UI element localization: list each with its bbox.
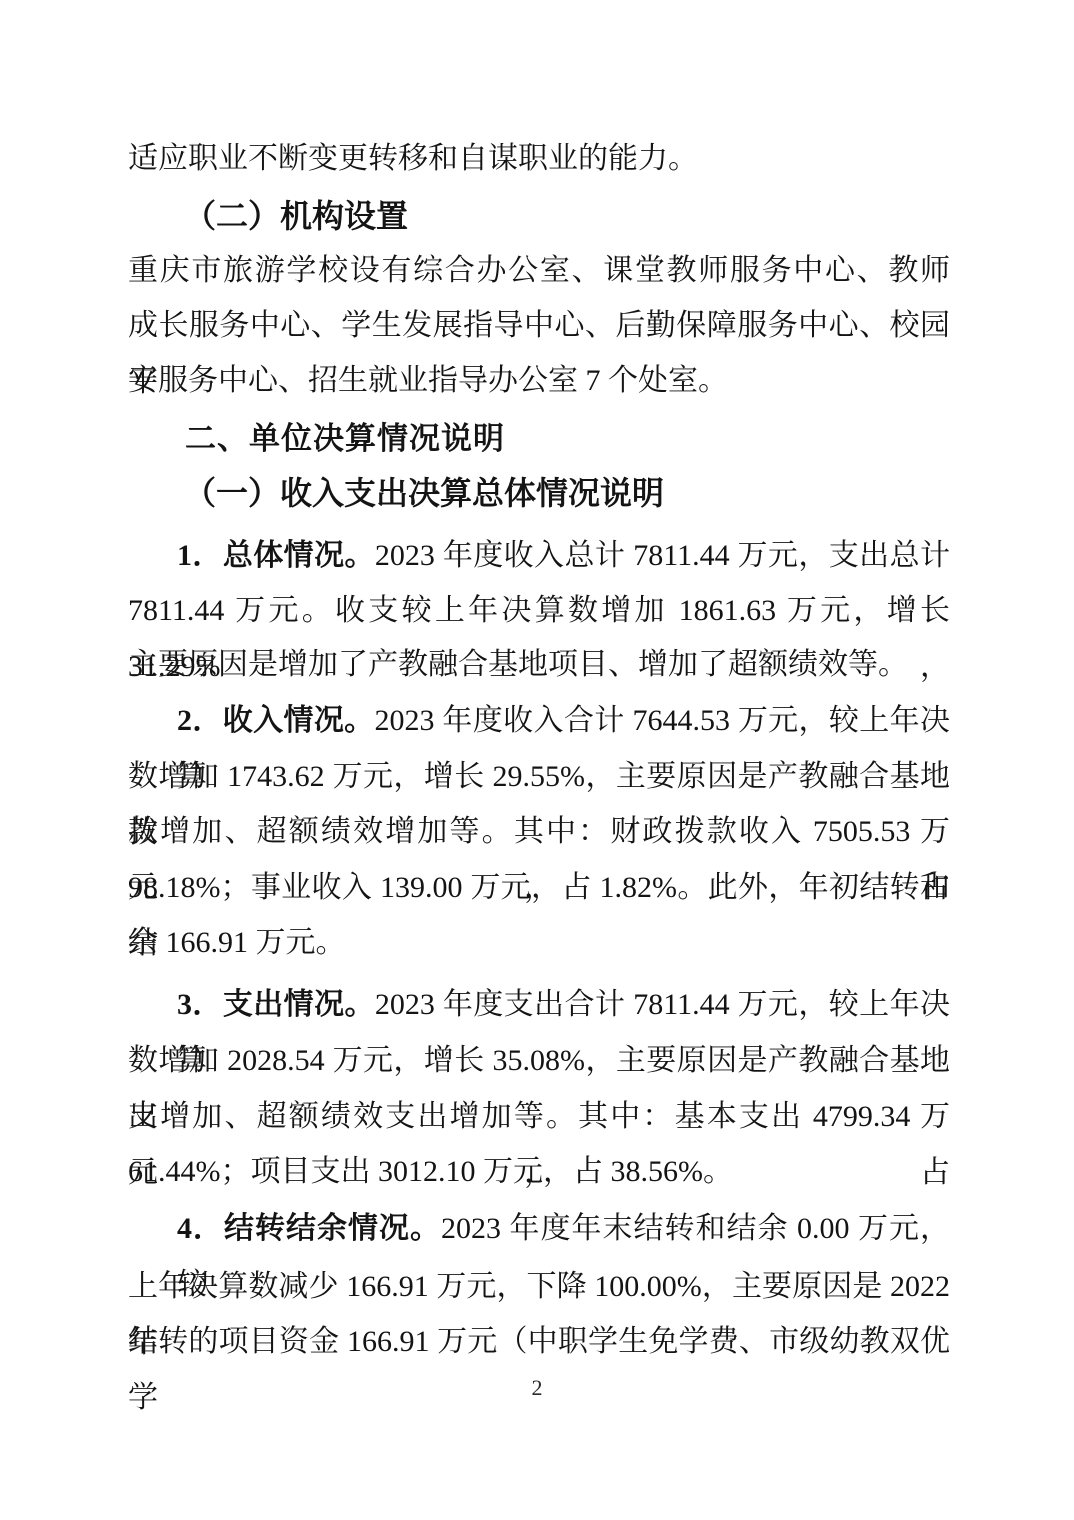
body-line: 成长服务中心、学生发展指导中心、后勤保障服务中心、校园平 — [128, 298, 950, 354]
body-line: 98.18%；事业收入 139.00 万元，占 1.82%。此外，年初结转和结 — [128, 860, 950, 916]
heading-final-accounts-section: 二、单位决算情况说明 — [185, 411, 950, 467]
paragraph-text: 2023 年度收入总计 7811.44 万元，支出总计 — [375, 539, 950, 572]
body-line: 重庆市旅游学校设有综合办公室、课堂教师服务中心、教师 — [128, 243, 950, 299]
body-line: 结转的项目资金 166.91 万元（中职学生免学费、市级幼教双优学 — [128, 1314, 950, 1370]
body-line-paragraph-start: 4．结转结余情况。2023 年度年末结转和结余 0.00 万元，较 — [177, 1201, 950, 1257]
body-line: 数增加 2028.54 万元，增长 35.08%，主要原因是产教融合基地支 — [128, 1033, 950, 1089]
body-line: 上年决算数减少 166.91 万元，下降 100.00%，主要原因是 2022 … — [128, 1259, 950, 1315]
paragraph-lead: 2．收入情况。 — [177, 704, 375, 737]
body-line: 出增加、超额绩效支出增加等。其中：基本支出 4799.34 万元，占 — [128, 1089, 950, 1145]
body-line: 安服务中心、招生就业指导办公室 7 个处室。 — [128, 353, 950, 409]
page-number: 2 — [0, 1372, 1074, 1404]
body-line: 款增加、超额绩效增加等。其中：财政拨款收入 7505.53 万元，占 — [128, 804, 950, 860]
document-page: 适应职业不断变更转移和自谋职业的能力。 （二）机构设置 重庆市旅游学校设有综合办… — [0, 0, 1074, 1520]
heading-org-setup: （二）机构设置 — [184, 188, 950, 244]
body-line: 61.44%；项目支出 3012.10 万元，占 38.56%。 — [128, 1144, 950, 1200]
body-line: 7811.44 万元。收支较上年决算数增加 1861.63 万元，增长 31.2… — [128, 583, 950, 639]
body-line-paragraph-start: 1．总体情况。2023 年度收入总计 7811.44 万元，支出总计 — [177, 528, 950, 584]
body-line: 余 166.91 万元。 — [128, 915, 950, 971]
paragraph-lead: 4．结转结余情况。 — [177, 1212, 441, 1245]
paragraph-lead: 3．支出情况。 — [177, 988, 375, 1021]
body-line-paragraph-start: 2．收入情况。2023 年度收入合计 7644.53 万元，较上年决算 — [177, 693, 950, 749]
paragraph-lead: 1．总体情况。 — [177, 539, 375, 572]
body-line: 主要原因是增加了产教融合基地项目、增加了超额绩效等。 — [128, 637, 950, 693]
body-line-paragraph-start: 3．支出情况。2023 年度支出合计 7811.44 万元，较上年决算 — [177, 977, 950, 1033]
body-line: 数增加 1743.62 万元，增长 29.55%，主要原因是产教融合基地拨 — [128, 749, 950, 805]
heading-income-expense-overview: （一）收入支出决算总体情况说明 — [184, 465, 950, 521]
body-line: 适应职业不断变更转移和自谋职业的能力。 — [128, 131, 950, 187]
